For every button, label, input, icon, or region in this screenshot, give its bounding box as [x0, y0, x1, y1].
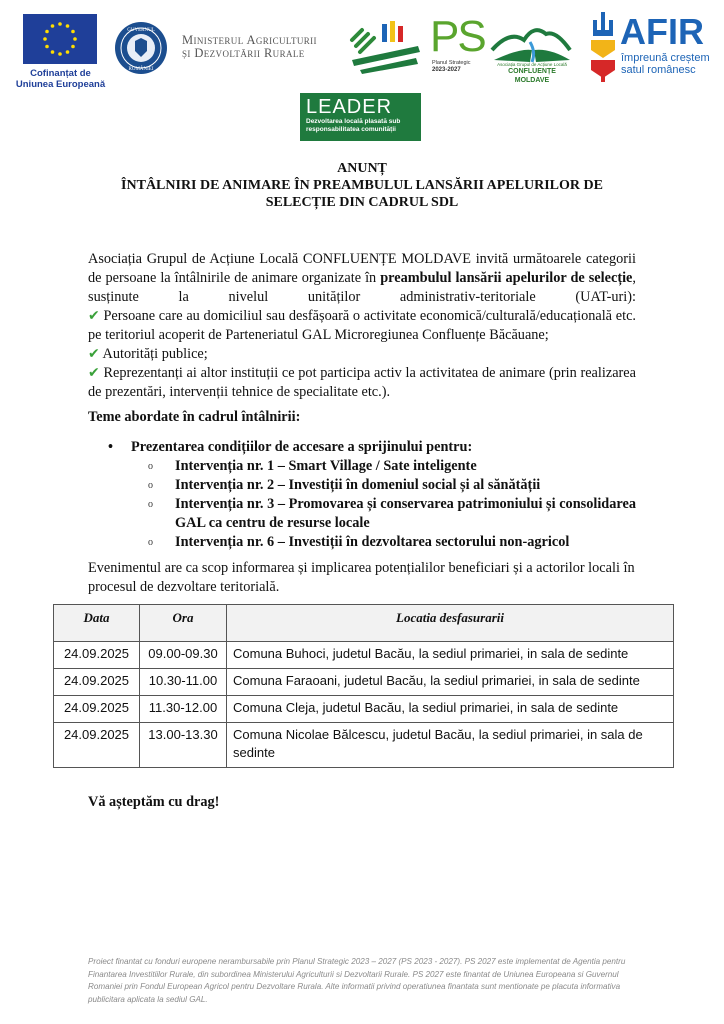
ministry-name: Ministerul Agriculturii și Dezvoltării R… — [182, 34, 317, 60]
eu-cofinancing-caption: Cofinanțat de Uniunea Europeană — [13, 68, 108, 90]
ps-caption-line2: 2023-2027 — [432, 67, 461, 73]
intervention-text: Intervenția nr. 3 – Promovarea și conser… — [175, 495, 636, 533]
column-header-time: Ora — [140, 605, 227, 642]
circle-bullet-icon: o — [148, 476, 153, 495]
funding-disclaimer-footer: Proiect finantat cu fonduri europene ner… — [88, 956, 636, 1006]
eu-flag-logo — [23, 14, 97, 64]
gal-caption-line2: CONFLUENȚE MOLDAVE — [492, 67, 572, 85]
intro-text: Asociația Grupul de Acțiune Locală CONFL… — [88, 250, 636, 307]
ps-caption-line1: Planul Strategic — [432, 60, 471, 67]
afir-tagline-line2: satul românesc — [621, 64, 710, 76]
table-header-row: Data Ora Locatia desfasurarii — [54, 605, 674, 642]
cell-location: Comuna Nicolae Bălcescu, judetul Bacău, … — [227, 723, 674, 768]
bullet-icon: • — [108, 438, 113, 457]
intro-bullet-3: ✔ Reprezentanți ai altor instituții ce p… — [88, 364, 636, 402]
intro-bullet-text: Persoane care au domiciliul sau desfășoa… — [88, 308, 636, 343]
title-line3: SELECȚIE DIN CADRUL SDL — [60, 194, 664, 211]
themes-heading: Teme abordate în cadrul întâlnirii: — [88, 409, 300, 426]
leader-logo-title: LEADER — [306, 96, 392, 118]
closing-line: Vă așteptăm cu drag! — [88, 794, 219, 811]
leader-tagline-line2: responsabilitatea comunității — [306, 126, 400, 134]
intervention-text: Intervenția nr. 1 – Smart Village / Sate… — [175, 457, 636, 476]
afir-tagline-line1: împreună creștem — [621, 52, 710, 64]
cell-location: Comuna Buhoci, judetul Bacău, la sediul … — [227, 642, 674, 669]
intro-bullet-2: ✔ Autorități publice; — [88, 345, 636, 364]
title-line1: ANUNȚ — [60, 160, 664, 177]
column-header-date: Data — [54, 605, 140, 642]
eu-caption-line1: Cofinanțat de — [13, 68, 108, 79]
cell-time: 10.30-11.00 — [140, 669, 227, 696]
cell-location: Comuna Cleja, judetul Bacău, la sediul p… — [227, 696, 674, 723]
title-line2: ÎNTÂLNIRI DE ANIMARE ÎN PREAMBULUL LANSĂ… — [60, 177, 664, 194]
checkmark-icon: ✔ — [88, 308, 100, 324]
romanian-government-seal-icon: GUVERNUL ROMÂNIEI — [114, 21, 168, 75]
circle-bullet-icon: o — [148, 533, 153, 552]
ps-logo-letters: PS — [430, 12, 485, 62]
topic-text: Prezentarea condițiilor de accesare a sp… — [131, 438, 472, 457]
cell-date: 24.09.2025 — [54, 723, 140, 768]
leader-logo: LEADER Dezvoltarea locală plasată sub re… — [300, 93, 421, 141]
intervention-text: Intervenția nr. 2 – Investiții în domeni… — [175, 476, 636, 495]
svg-text:ROMÂNIEI: ROMÂNIEI — [129, 66, 154, 72]
cell-time: 09.00-09.30 — [140, 642, 227, 669]
intervention-text: Intervenția nr. 6 – Investiții în dezvol… — [175, 533, 636, 552]
checkmark-icon: ✔ — [88, 365, 100, 381]
intro-paragraph: Asociația Grupul de Acțiune Locală CONFL… — [88, 250, 636, 402]
cell-location: Comuna Faraoani, judetul Bacău, la sediu… — [227, 669, 674, 696]
afir-emblem-icon — [590, 12, 616, 82]
afir-tagline: împreună creștem satul românesc — [621, 52, 710, 76]
checkmark-icon: ✔ — [88, 346, 100, 362]
cell-time: 13.00-13.30 — [140, 723, 227, 768]
circle-bullet-icon: o — [148, 495, 153, 514]
table-row: 24.09.2025 10.30-11.00 Comuna Faraoani, … — [54, 669, 674, 696]
ministry-line2: și Dezvoltării Rurale — [182, 47, 317, 60]
table-row: 24.09.2025 09.00-09.30 Comuna Buhoci, ju… — [54, 642, 674, 669]
circle-bullet-icon: o — [148, 457, 153, 476]
event-purpose-paragraph: Evenimentul are ca scop informarea și im… — [88, 559, 636, 597]
gal-logo-caption: Asociația Grupul de Acțiune Locală CONFL… — [492, 62, 572, 85]
intro-bullet-text: Reprezentanți ai altor instituții ce pot… — [88, 365, 636, 400]
schedule-table: Data Ora Locatia desfasurarii 24.09.2025… — [53, 604, 674, 768]
table-row: 24.09.2025 11.30-12.00 Comuna Cleja, jud… — [54, 696, 674, 723]
cell-date: 24.09.2025 — [54, 669, 140, 696]
eu-caption-line2: Uniunea Europeană — [13, 79, 108, 90]
intro-bullet-1: ✔ Persoane care au domiciliul sau desfăș… — [88, 307, 636, 345]
table-row: 24.09.2025 13.00-13.30 Comuna Nicolae Bă… — [54, 723, 674, 768]
svg-text:GUVERNUL: GUVERNUL — [127, 28, 155, 33]
announcement-title: ANUNȚ ÎNTÂLNIRI DE ANIMARE ÎN PREAMBULUL… — [60, 160, 664, 211]
cell-time: 11.30-12.00 — [140, 696, 227, 723]
intro-bold-phrase: preambulul lansării apelurilor de selecț… — [380, 270, 632, 286]
leader-tagline-line1: Dezvoltarea locală plasată sub — [306, 118, 400, 126]
strategic-plan-mark-icon — [348, 18, 424, 74]
afir-logo-text: AFIR — [620, 12, 704, 52]
cell-date: 24.09.2025 — [54, 696, 140, 723]
column-header-location: Locatia desfasurarii — [227, 605, 674, 642]
ps-logo-caption: Planul Strategic 2023-2027 — [432, 60, 471, 74]
leader-logo-tagline: Dezvoltarea locală plasată sub responsab… — [306, 118, 400, 134]
intro-bullet-text: Autorități publice; — [103, 346, 208, 362]
cell-date: 24.09.2025 — [54, 642, 140, 669]
